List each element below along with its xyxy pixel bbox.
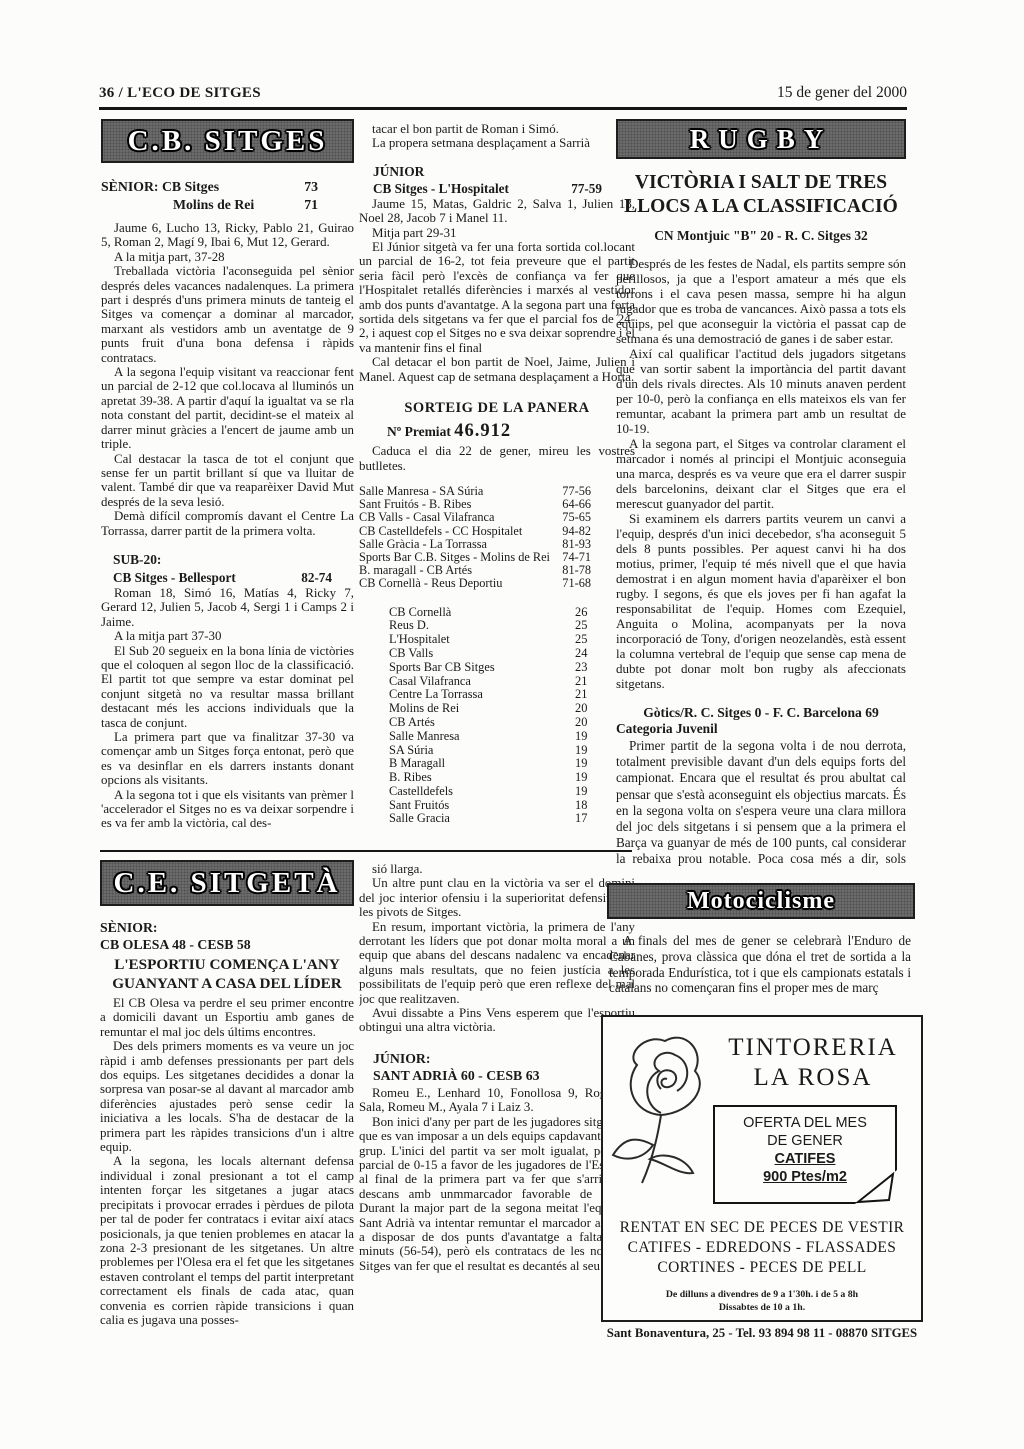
standings-row: B Maragall 19 — [389, 757, 635, 771]
tintoreria-ad: TINTORERIA LA ROSA OFERTA DEL MES DE GEN… — [601, 1015, 923, 1322]
senior-result-block: SÈNIOR: CB Sitges 73 Molins de Rei 71 — [101, 178, 354, 213]
paragraph: Demà difícil compromís davant el Centre … — [101, 509, 354, 538]
standings-team: Salle Manresa — [389, 730, 549, 744]
rugby-banner: RUGBY — [616, 119, 906, 159]
standings-team: L'Hospitalet — [389, 633, 549, 647]
ce-junior-paragraphs: Romeu E., Lenhard 10, Fonollosa 9, Rogé … — [359, 1086, 635, 1273]
senior-score-away: 71 — [304, 196, 318, 214]
continuation-paragraphs: tacar el bon partit de Roman i Simó.La p… — [359, 122, 635, 151]
ce-continuation-paragraphs: sió llarga.Un altre punt clau en la vict… — [359, 862, 635, 1035]
paragraph: Bon inici d'any per part de les jugadore… — [359, 1115, 635, 1273]
results-row: CB Castelldefels - CC Hospitalet 94-82 — [359, 525, 591, 538]
ad-service-line: RENTAT EN SEC DE PECES DE VESTIR — [603, 1218, 921, 1238]
sub20-score: 82-74 — [301, 570, 332, 586]
results-score: 81-93 — [562, 538, 591, 551]
standings-row: Salle Manresa 19 — [389, 730, 635, 744]
results-match: CB Valls - Casal Vilafranca — [359, 511, 494, 524]
standings-row: CB Cornellà 26 — [389, 606, 635, 620]
paragraph: A la mitja part 37-30 — [101, 629, 354, 643]
standings-row: Centre La Torrassa 21 — [389, 688, 635, 702]
publication-title: 36 / L'ECO DE SITGES — [99, 85, 261, 102]
senior-team-away: Molins de Rei — [173, 196, 254, 214]
rugby-banner-label: RUGBY — [690, 124, 833, 155]
paragraph: Un altre punt clau en la victòria va ser… — [359, 876, 635, 919]
standings-team: SA Súria — [389, 744, 549, 758]
ce-junior-match: SANT ADRIÀ 60 - CESB 63 — [373, 1067, 635, 1084]
paragraph: Caduca el dia 22 de gener, mireu les vos… — [359, 444, 635, 473]
ad-title-line1: TINTORERIA — [715, 1033, 911, 1063]
standings-row: Reus D. 25 — [389, 619, 635, 633]
senior-score-home: 73 — [304, 178, 318, 196]
paragraph: A la segona tot i que els visitants van … — [101, 788, 354, 831]
rugby-article-paragraphs: Després de les festes de Nadal, els part… — [616, 256, 906, 691]
results-row: Salle Gràcia - La Torrassa 81-93 — [359, 538, 591, 551]
paragraph: Romeu E., Lenhard 10, Fonollosa 9, Rogé … — [359, 1086, 635, 1115]
offer-line3: CATIFES — [719, 1150, 891, 1168]
senior-result-row: SÈNIOR: CB Sitges 73 — [101, 178, 354, 196]
rugby-column: RUGBY VICTÒRIA I SALT DE TRES LLOCS A LA… — [616, 119, 906, 867]
sub20-match-row: CB Sitges - Bellesport 82-74 — [113, 570, 354, 586]
paragraph: sió llarga. — [359, 862, 635, 876]
standings-team: Salle Gracia — [389, 812, 549, 826]
standings-team: CB Valls — [389, 647, 549, 661]
paragraph: Jaume 15, Matas, Galdric 2, Salva 1, Jul… — [359, 197, 635, 226]
paragraph: Si examinem els darrers partits veurem u… — [616, 511, 906, 691]
paragraph: El Júnior sitgetà va fer una forta sorti… — [359, 240, 635, 355]
motociclisme-banner-label: Motociclisme — [687, 888, 835, 915]
ce-senior-match: CB OLESA 48 - CESB 58 — [100, 936, 354, 953]
ce-headline: L'ESPORTIU COMENÇA L'ANY GUANYANT A CASA… — [100, 955, 354, 993]
gotics-category: Categoria Juvenil — [616, 721, 906, 737]
ce-sitgeta-banner: C.E. SITGETÀ — [100, 860, 354, 906]
motociclisme-paragraph: A finals del mes de gener se celebrarà l… — [609, 933, 911, 996]
paragraph: Primer partit de la segona volta i de no… — [616, 738, 906, 867]
ce-sitgeta-banner-label: C.E. SITGETÀ — [114, 867, 341, 900]
sorteig-title: SORTEIG DE LA PANERA — [359, 400, 635, 417]
ce-sitgeta-column-2: sió llarga.Un altre punt clau en la vict… — [359, 862, 635, 1332]
ad-hours-line: De dilluns a divendres de 9 a 1'30h. i d… — [603, 1288, 921, 1301]
paragraph: Cal detacar el bon partit de Noel, Jaime… — [359, 355, 635, 384]
cb-sitges-banner-label: C.B. SITGES — [128, 125, 328, 158]
motociclisme-section: Motociclisme A finals del mes de gener s… — [607, 883, 915, 1009]
standings-team: Sant Fruitós — [389, 799, 549, 813]
paragraph: Treballada victòria l'aconseguida pel sè… — [101, 264, 354, 365]
junior-match-row: CB Sitges - L'Hospitalet 77-59 — [373, 181, 635, 197]
standings-row: Sant Fruitós 18 — [389, 799, 635, 813]
paragraph: A la segona part, el Sitges va controlar… — [616, 436, 906, 511]
results-score: 94-82 — [562, 525, 591, 538]
paragraph: Jaume 6, Lucho 13, Ricky, Pablo 21, Guir… — [101, 221, 354, 250]
sorteig-premiat-number: 46.912 — [454, 421, 511, 441]
motociclisme-banner: Motociclisme — [607, 883, 915, 919]
gotics-paragraph-wrap: Primer partit de la segona volta i de no… — [616, 738, 906, 867]
standings-team: Reus D. — [389, 619, 549, 633]
paragraph: La primera part que va finalitzar 37-30 … — [101, 730, 354, 788]
paragraph: En resum, important victòria, la primera… — [359, 920, 635, 1006]
paragraph: tacar el bon partit de Roman i Simó. — [359, 122, 635, 136]
offer-line1: OFERTA DEL MES — [719, 1114, 891, 1132]
standings-row: Sports Bar CB Sitges 23 — [389, 661, 635, 675]
standings-row: L'Hospitalet 25 — [389, 633, 635, 647]
ad-title: TINTORERIA LA ROSA — [715, 1033, 911, 1093]
results-match: CB Cornellà - Reus Deportiu — [359, 577, 502, 590]
cb-sitges-banner: C.B. SITGES — [101, 119, 354, 163]
sub20-article-paragraphs: Roman 18, Simó 16, Matías 4, Ricky 7, Ge… — [101, 586, 354, 831]
paragraph: Avui dissabte a Pins Vens esperem que l'… — [359, 1006, 635, 1035]
ad-hours: De dilluns a divendres de 9 a 1'30h. i d… — [603, 1288, 921, 1314]
gotics-match-result: Gòtics/R. C. Sitges 0 - F. C. Barcelona … — [616, 705, 906, 721]
sub20-match: CB Sitges - Bellesport — [113, 570, 236, 586]
standings-team: CB Artés — [389, 716, 549, 730]
standings-team: Casal Vilafranca — [389, 675, 549, 689]
paragraph: El Sub 20 segueix en la bona línia de vi… — [101, 644, 354, 730]
ad-service-line: CORTINES - PECES DE PELL — [603, 1258, 921, 1278]
ad-address: Sant Bonaventura, 25 - Tel. 93 894 98 11… — [603, 1326, 921, 1341]
rugby-match-result: CN Montjuic "B" 20 - R. C. Sitges 32 — [616, 228, 906, 244]
paragraph: La propera setmana desplaçament a Sarrià — [359, 136, 635, 150]
paragraph: Roman 18, Simó 16, Matías 4, Ricky 7, Ge… — [101, 586, 354, 629]
ad-service-line: CATIFES - EDREDONS - FLASSADES — [603, 1238, 921, 1258]
paragraph: Després de les festes de Nadal, els part… — [616, 256, 906, 346]
standings-row: Casal Vilafranca 21 — [389, 675, 635, 689]
ce-senior-label: SÈNIOR: — [100, 919, 354, 936]
junior-heading: JÚNIOR — [373, 164, 635, 180]
sub20-heading: SUB-20: — [113, 552, 354, 568]
offer-box: OFERTA DEL MES DE GENER CATIFES 900 Ptes… — [713, 1105, 897, 1204]
results-match: Salle Gràcia - La Torrassa — [359, 538, 487, 551]
standings-team: B Maragall — [389, 757, 549, 771]
standings-team: CB Cornellà — [389, 606, 549, 620]
standings-team: Centre La Torrassa — [389, 688, 549, 702]
junior-match: CB Sitges - L'Hospitalet — [373, 181, 509, 197]
paragraph: El CB Olesa va perdre el seu primer enco… — [100, 996, 354, 1039]
senior-team-home: CB Sitges — [162, 178, 219, 196]
standings-row: CB Valls 24 — [389, 647, 635, 661]
standings-row: CB Artés 20 — [389, 716, 635, 730]
ad-title-line2: LA ROSA — [715, 1063, 911, 1093]
sorteig-premiat-label: Nº Premiat — [387, 424, 451, 439]
junior-score: 77-59 — [571, 181, 602, 197]
paragraph: A la segona l'equip visitant va reaccion… — [101, 365, 354, 451]
senior-article-paragraphs: Jaume 6, Lucho 13, Ricky, Pablo 21, Guir… — [101, 221, 354, 538]
paragraph: A la segona, les locals alternant defens… — [100, 1154, 354, 1327]
standings-team: Sports Bar CB Sitges — [389, 661, 549, 675]
junior-article-paragraphs: Jaume 15, Matas, Galdric 2, Salva 1, Jul… — [359, 197, 635, 384]
offer-line2: DE GENER — [719, 1132, 891, 1150]
section-divider — [100, 850, 632, 852]
sorteig-winning-number-row: Nº Premiat 46.912 — [387, 421, 635, 442]
results-score: 71-68 — [562, 577, 591, 590]
sorteig-note: Caduca el dia 22 de gener, mireu les vos… — [359, 444, 635, 473]
results-table: Salle Manresa - SA Súria 77-56 Sant Frui… — [359, 485, 635, 591]
rose-icon — [609, 1027, 709, 1185]
rugby-headline: VICTÒRIA I SALT DE TRES LLOCS A LA CLASS… — [616, 171, 906, 218]
results-score: 75-65 — [562, 511, 591, 524]
senior-result-row: Molins de Rei 71 — [101, 196, 354, 214]
ce-sitgeta-column-1: C.E. SITGETÀ SÈNIOR: CB OLESA 48 - CESB … — [100, 860, 354, 1330]
issue-date: 15 de gener del 2000 — [777, 84, 907, 102]
results-row: CB Valls - Casal Vilafranca 75-65 — [359, 511, 591, 524]
results-match: CB Castelldefels - CC Hospitalet — [359, 525, 522, 538]
standings-row: SA Súria 19 — [389, 744, 635, 758]
ce-junior-label: JÚNIOR: — [373, 1050, 635, 1067]
ad-services: RENTAT EN SEC DE PECES DE VESTIRCATIFES … — [603, 1218, 921, 1278]
standings-row: B. Ribes 19 — [389, 771, 635, 785]
paragraph: A la mitja part, 37-28 — [101, 250, 354, 264]
cb-sitges-column-1: C.B. SITGES SÈNIOR: CB Sitges 73 Molins … — [101, 119, 354, 849]
standings-table: CB Cornellà 26 Reus D. 25 L'Hospitalet 2… — [359, 606, 635, 827]
paragraph: Mitja part 29-31 — [359, 226, 635, 240]
standings-team: Castelldefels — [389, 785, 549, 799]
standings-team: Molins de Rei — [389, 702, 549, 716]
cb-sitges-column-2: tacar el bon partit de Roman i Simó.La p… — [359, 122, 635, 848]
standings-row: Molins de Rei 20 — [389, 702, 635, 716]
page-fold-icon — [855, 1170, 897, 1204]
ad-hours-line: Dissabtes de 10 a 1h. — [603, 1301, 921, 1314]
paragraph: Així cal qualificar l'actitud dels jugad… — [616, 346, 906, 436]
paragraph: Des dels primers moments es va veure un … — [100, 1039, 354, 1154]
page-header: 36 / L'ECO DE SITGES 15 de gener del 200… — [99, 84, 907, 110]
paragraph: Cal destacar la tasca de tot el conjunt … — [101, 452, 354, 510]
standings-team: B. Ribes — [389, 771, 549, 785]
senior-label: SÈNIOR: — [101, 178, 159, 196]
newspaper-page: 36 / L'ECO DE SITGES 15 de gener del 200… — [0, 0, 1024, 1449]
ce-article-paragraphs: El CB Olesa va perdre el seu primer enco… — [100, 996, 354, 1327]
standings-row: Salle Gracia 17 — [389, 812, 635, 826]
results-row: CB Cornellà - Reus Deportiu 71-68 — [359, 577, 591, 590]
standings-row: Castelldefels 19 — [389, 785, 635, 799]
